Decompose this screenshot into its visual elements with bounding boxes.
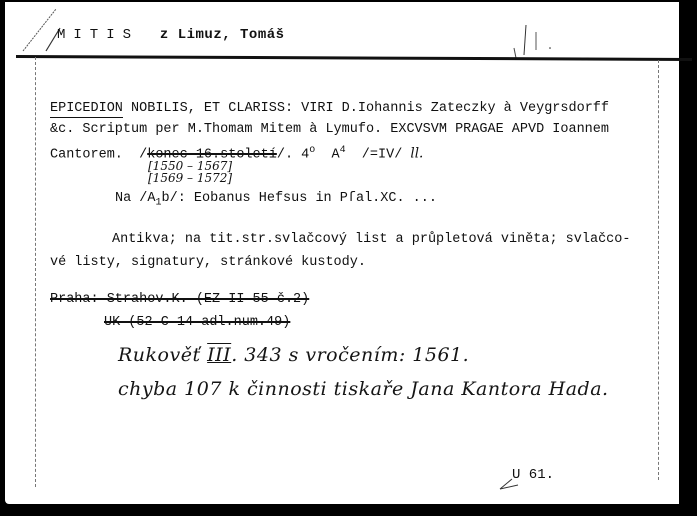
collation-label: A	[315, 148, 339, 163]
handwritten-note-2: chyba 107 k činnosti tiskaře Jana Kantor…	[118, 378, 609, 400]
author-surname: MITIS	[57, 27, 139, 43]
notes-line-2: vé listy, signatury, stránkové kustody.	[50, 253, 366, 273]
title-keyword: EPICEDION	[50, 101, 123, 118]
title-line-1: EPICEDION NOBILIS, ET CLARISS: VIRI D.Io…	[50, 99, 609, 119]
date-correction-2: [1569 – 1572]	[148, 172, 232, 184]
handwritten-note-1-rest: . 343 s vročením: 1561.	[231, 344, 469, 366]
scan-noise-marks	[470, 10, 580, 60]
imprint-prefix: Cantorem. /	[50, 148, 147, 163]
scan-border-right	[679, 0, 697, 516]
title-line-1-text: NOBILIS, ET CLARISS: VIRI D.Iohannis Zat…	[123, 101, 609, 116]
date-corrections: [1550 – 1567][1569 – 1572]	[148, 160, 232, 184]
holding-struck-1: Praha: Strahov.K. (EZ II 55 č.2)	[50, 290, 309, 310]
handwritten-source: Rukověť	[118, 344, 207, 366]
title-line-2: &c. Scriptum per M.Thomam Mitem à Lymufo…	[50, 120, 609, 140]
holding-struck-2: UK (52 C 14 adl.num.49)	[104, 313, 290, 333]
card-heading: MITIS z Limuz, Tomáš	[57, 27, 285, 43]
format-text: /. 4	[277, 148, 309, 163]
scan-border-bottom	[0, 506, 697, 516]
incipit-line: Na /A1b/: Eobanus Hefsus in Pſal.XC. ...	[115, 189, 437, 214]
incipit-prefix: Na /A	[115, 191, 156, 206]
margin-guide-left	[35, 57, 36, 487]
handwritten-note-1: Rukověť III. 343 s vročením: 1561.	[118, 344, 469, 366]
handwritten-ll: ll.	[410, 146, 423, 162]
author-given-name: z Limuz, Tomáš	[160, 27, 285, 43]
notes-line-1: Antikva; na tit.str.svlačcový list a prů…	[112, 230, 630, 250]
leaf-count: /=IV/	[346, 148, 411, 163]
imprint-line: Cantorem. /konec 16.století/. 4o A4 /=IV…	[50, 141, 423, 166]
handwritten-volume: III	[207, 344, 231, 366]
incipit-text: b/: Eobanus Hefsus in Pſal.XC. ...	[162, 191, 437, 206]
shelf-mark: U 61.	[512, 467, 554, 483]
margin-guide-right	[658, 60, 659, 480]
